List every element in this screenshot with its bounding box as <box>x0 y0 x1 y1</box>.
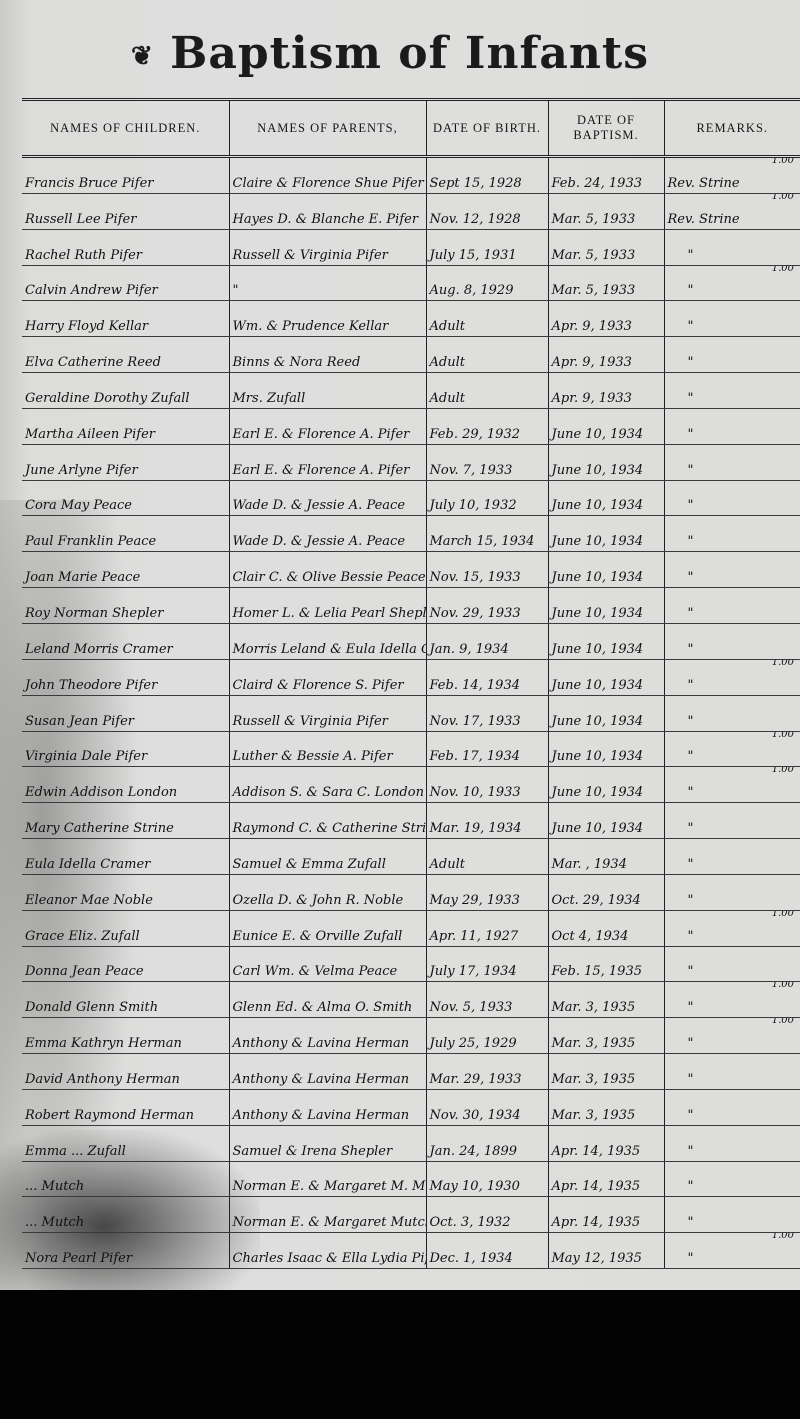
table-row: Donald Glenn SmithGlenn Ed. & Alma O. Sm… <box>22 982 800 1018</box>
parents-name-cell: Norman E. & Margaret M. Mutch <box>229 1161 426 1197</box>
remarks-text: " <box>668 964 694 979</box>
fee-amount: 1.00 <box>772 265 794 278</box>
remarks-text: " <box>668 355 694 370</box>
table-row: Martha Aileen PiferEarl E. & Florence A.… <box>22 408 800 444</box>
child-name-text: Elva Catherine Reed <box>25 355 161 370</box>
birth-date-cell: Nov. 29, 1933 <box>426 588 548 624</box>
child-name-cell: Paul Franklin Peace <box>22 516 229 552</box>
birth-date-text: Nov. 17, 1933 <box>430 714 521 729</box>
fee-amount: 1.00 <box>772 659 794 672</box>
parents-name-cell: Norman E. & Margaret Mutch <box>229 1197 426 1233</box>
birth-date-text: Adult <box>430 355 465 370</box>
remarks-text: " <box>668 1144 694 1159</box>
baptism-date-text: Mar. 5, 1933 <box>552 248 636 263</box>
baptism-date-cell: Feb. 15, 1935 <box>548 946 664 982</box>
child-name-text: Joan Marie Peace <box>25 570 140 585</box>
remarks-cell: "1.00 <box>664 910 800 946</box>
remarks-text: " <box>668 283 694 298</box>
remarks-text: " <box>668 570 694 585</box>
child-name-text: Emma ... Zufall <box>25 1144 126 1159</box>
baptism-date-text: Mar. 3, 1935 <box>552 1000 636 1015</box>
baptism-date-text: Mar. 3, 1935 <box>552 1108 636 1123</box>
baptism-date-text: Mar. 3, 1935 <box>552 1036 636 1051</box>
birth-date-cell: Mar. 19, 1934 <box>426 803 548 839</box>
remarks-text: " <box>668 463 694 478</box>
table-row: Leland Morris CramerMorris Leland & Eula… <box>22 623 800 659</box>
birth-date-text: Adult <box>430 319 465 334</box>
baptism-date-text: Mar. 3, 1935 <box>552 1072 636 1087</box>
birth-date-cell: Jan. 24, 1899 <box>426 1125 548 1161</box>
remarks-text: " <box>668 391 694 406</box>
parents-name-text: Wm. & Prudence Kellar <box>233 319 389 334</box>
child-name-cell: Russell Lee Pifer <box>22 193 229 229</box>
table-row: Donna Jean PeaceCarl Wm. & Velma PeaceJu… <box>22 946 800 982</box>
fee-amount: 1.00 <box>772 1018 794 1031</box>
baptism-date-cell: June 10, 1934 <box>548 767 664 803</box>
baptism-date-text: Apr. 14, 1935 <box>552 1179 641 1194</box>
remarks-text: " <box>668 857 694 872</box>
birth-date-text: Nov. 10, 1933 <box>430 785 521 800</box>
child-name-text: June Arlyne Pifer <box>25 463 138 478</box>
table-row: June Arlyne PiferEarl E. & Florence A. P… <box>22 444 800 480</box>
birth-date-text: July 17, 1934 <box>430 964 517 979</box>
baptism-date-cell: June 10, 1934 <box>548 803 664 839</box>
remarks-text: " <box>668 1215 694 1230</box>
child-name-text: Leland Morris Cramer <box>25 642 173 657</box>
baptism-date-cell: June 10, 1934 <box>548 480 664 516</box>
parents-name-cell: Hayes D. & Blanche E. Pifer <box>229 193 426 229</box>
baptism-date-cell: June 10, 1934 <box>548 516 664 552</box>
remarks-cell: " <box>664 803 800 839</box>
remarks-text: " <box>668 1036 694 1051</box>
birth-date-cell: Aug. 8, 1929 <box>426 265 548 301</box>
child-name-cell: Grace Eliz. Zufall <box>22 910 229 946</box>
baptism-date-cell: Mar. 3, 1935 <box>548 1089 664 1125</box>
child-name-text: Emma Kathryn Herman <box>25 1036 182 1051</box>
parents-name-cell: Addison S. & Sara C. London <box>229 767 426 803</box>
baptism-date-cell: June 10, 1934 <box>548 588 664 624</box>
parents-name-text: Anthony & Lavina Herman <box>233 1072 410 1087</box>
parents-name-text: Eunice E. & Orville Zufall <box>233 929 403 944</box>
parents-name-text: Clair C. & Olive Bessie Peace <box>233 570 426 585</box>
child-name-text: Calvin Andrew Pifer <box>25 283 158 298</box>
baptism-date-cell: Oct. 29, 1934 <box>548 874 664 910</box>
fee-amount: 1.00 <box>772 157 794 171</box>
remarks-cell: " <box>664 337 800 373</box>
birth-date-cell: July 17, 1934 <box>426 946 548 982</box>
parents-name-cell: Luther & Bessie A. Pifer <box>229 731 426 767</box>
parents-name-text: Samuel & Emma Zufall <box>233 857 386 872</box>
remarks-cell: " <box>664 1089 800 1125</box>
remarks-cell: "1.00 <box>664 1233 800 1269</box>
baptism-date-cell: June 10, 1934 <box>548 731 664 767</box>
child-name-cell: Eula Idella Cramer <box>22 839 229 875</box>
baptism-date-text: June 10, 1934 <box>552 498 644 513</box>
birth-date-text: May 10, 1930 <box>430 1179 520 1194</box>
birth-date-cell: July 10, 1932 <box>426 480 548 516</box>
remarks-text: " <box>668 534 694 549</box>
birth-date-cell: Nov. 12, 1928 <box>426 193 548 229</box>
birth-date-cell: Adult <box>426 373 548 409</box>
parents-name-cell: Anthony & Lavina Herman <box>229 1054 426 1090</box>
table-row: ... MutchNorman E. & Margaret MutchOct. … <box>22 1197 800 1233</box>
birth-date-text: Adult <box>430 391 465 406</box>
birth-date-text: Mar. 19, 1934 <box>430 821 522 836</box>
parents-name-text: Claird & Florence S. Pifer <box>233 678 404 693</box>
parents-name-text: Anthony & Lavina Herman <box>233 1036 410 1051</box>
parents-name-text: Raymond C. & Catherine Strine <box>233 821 427 836</box>
baptism-date-cell: Mar. 3, 1935 <box>548 1018 664 1054</box>
table-row: Russell Lee PiferHayes D. & Blanche E. P… <box>22 193 800 229</box>
birth-date-cell: Adult <box>426 301 548 337</box>
table-row: Cora May PeaceWade D. & Jessie A. PeaceJ… <box>22 480 800 516</box>
baptism-date-text: Apr. 9, 1933 <box>552 319 632 334</box>
birth-date-text: Feb. 29, 1932 <box>430 427 520 442</box>
baptism-date-text: Oct 4, 1934 <box>552 929 629 944</box>
child-name-cell: Eleanor Mae Noble <box>22 874 229 910</box>
child-name-text: Francis Bruce Pifer <box>25 176 153 191</box>
birth-date-text: March 15, 1934 <box>430 534 535 549</box>
table-row: Francis Bruce PiferClaire & Florence Shu… <box>22 157 800 194</box>
table-row: Paul Franklin PeaceWade D. & Jessie A. P… <box>22 516 800 552</box>
fee-amount: 1.00 <box>772 731 794 744</box>
child-name-cell: Calvin Andrew Pifer <box>22 265 229 301</box>
child-name-text: David Anthony Herman <box>25 1072 180 1087</box>
remarks-text: " <box>668 929 694 944</box>
remarks-cell: Rev. Strine1.00 <box>664 193 800 229</box>
table-row: Eleanor Mae NobleOzella D. & John R. Nob… <box>22 874 800 910</box>
baptism-date-text: Feb. 15, 1935 <box>552 964 642 979</box>
remarks-cell: " <box>664 695 800 731</box>
remarks-cell: "1.00 <box>664 659 800 695</box>
fee-amount: 1.00 <box>772 1233 794 1246</box>
column-header-children: Names of Children. <box>22 100 229 157</box>
baptism-date-text: June 10, 1934 <box>552 678 644 693</box>
remarks-text: " <box>668 1108 694 1123</box>
parents-name-cell: Raymond C. & Catherine Strine <box>229 803 426 839</box>
child-name-text: Mary Catherine Strine <box>25 821 174 836</box>
table-row: Elva Catherine ReedBinns & Nora ReedAdul… <box>22 337 800 373</box>
parents-name-text: Morris Leland & Eula Idella Cramer <box>233 642 427 657</box>
baptism-date-text: June 10, 1934 <box>552 606 644 621</box>
baptism-date-cell: Mar. 5, 1933 <box>548 265 664 301</box>
remarks-cell: " <box>664 623 800 659</box>
birth-date-text: July 15, 1931 <box>430 248 517 263</box>
baptism-date-text: Mar. 5, 1933 <box>552 283 636 298</box>
baptism-date-text: June 10, 1934 <box>552 427 644 442</box>
baptism-date-text: June 10, 1934 <box>552 463 644 478</box>
child-name-cell: Donna Jean Peace <box>22 946 229 982</box>
child-name-cell: David Anthony Herman <box>22 1054 229 1090</box>
baptism-date-cell: Mar. , 1934 <box>548 839 664 875</box>
birth-date-text: May 29, 1933 <box>430 893 520 908</box>
table-row: Virginia Dale PiferLuther & Bessie A. Pi… <box>22 731 800 767</box>
remarks-text: " <box>668 248 694 263</box>
birth-date-text: Nov. 7, 1933 <box>430 463 513 478</box>
baptism-date-text: June 10, 1934 <box>552 642 644 657</box>
baptism-date-cell: June 10, 1934 <box>548 659 664 695</box>
parents-name-cell: Wade D. & Jessie A. Peace <box>229 516 426 552</box>
birth-date-text: Aug. 8, 1929 <box>430 283 514 298</box>
birth-date-text: Jan. 9, 1934 <box>430 642 509 657</box>
remarks-cell: "1.00 <box>664 1018 800 1054</box>
parents-name-cell: Samuel & Emma Zufall <box>229 839 426 875</box>
table-row: John Theodore PiferClaird & Florence S. … <box>22 659 800 695</box>
child-name-text: John Theodore Pifer <box>25 678 157 693</box>
baptism-date-cell: Mar. 5, 1933 <box>548 229 664 265</box>
child-name-cell: Susan Jean Pifer <box>22 695 229 731</box>
remarks-text: Rev. Strine <box>668 176 740 191</box>
parents-name-cell: Russell & Virginia Pifer <box>229 229 426 265</box>
baptism-date-cell: June 10, 1934 <box>548 444 664 480</box>
parents-name-text: Earl E. & Florence A. Pifer <box>233 427 410 442</box>
child-name-text: Cora May Peace <box>25 498 132 513</box>
remarks-text: " <box>668 1072 694 1087</box>
remarks-cell: "1.00 <box>664 982 800 1018</box>
birth-date-cell: Dec. 1, 1934 <box>426 1233 548 1269</box>
birth-date-cell: Mar. 29, 1933 <box>426 1054 548 1090</box>
birth-date-cell: Feb. 17, 1934 <box>426 731 548 767</box>
birth-date-cell: Oct. 3, 1932 <box>426 1197 548 1233</box>
parents-name-text: Wade D. & Jessie A. Peace <box>233 498 406 513</box>
baptism-date-text: June 10, 1934 <box>552 785 644 800</box>
register-page: ❦ Baptism of Infants Names of Children. … <box>0 0 800 1290</box>
table-row: Edwin Addison LondonAddison S. & Sara C.… <box>22 767 800 803</box>
baptism-date-text: Oct. 29, 1934 <box>552 893 641 908</box>
birth-date-text: Adult <box>430 857 465 872</box>
remarks-text: " <box>668 1000 694 1015</box>
baptism-date-cell: Mar. 5, 1933 <box>548 193 664 229</box>
table-row: Robert Raymond HermanAnthony & Lavina He… <box>22 1089 800 1125</box>
child-name-text: Susan Jean Pifer <box>25 714 134 729</box>
parents-name-text: Samuel & Irena Shepler <box>233 1144 393 1159</box>
remarks-cell: " <box>664 408 800 444</box>
parents-name-text: Carl Wm. & Velma Peace <box>233 964 398 979</box>
birth-date-cell: Jan. 9, 1934 <box>426 623 548 659</box>
birth-date-cell: May 10, 1930 <box>426 1161 548 1197</box>
child-name-cell: ... Mutch <box>22 1197 229 1233</box>
remarks-text: " <box>668 785 694 800</box>
baptism-date-cell: June 10, 1934 <box>548 695 664 731</box>
table-row: Susan Jean PiferRussell & Virginia Pifer… <box>22 695 800 731</box>
table-row: ... MutchNorman E. & Margaret M. MutchMa… <box>22 1161 800 1197</box>
remarks-text: " <box>668 678 694 693</box>
baptism-date-cell: Feb. 24, 1933 <box>548 157 664 194</box>
birth-date-text: Nov. 12, 1928 <box>430 212 521 227</box>
parents-name-cell: Wm. & Prudence Kellar <box>229 301 426 337</box>
parents-name-text: Russell & Virginia Pifer <box>233 714 388 729</box>
parents-name-cell: Morris Leland & Eula Idella Cramer <box>229 623 426 659</box>
birth-date-cell: Nov. 5, 1933 <box>426 982 548 1018</box>
remarks-cell: " <box>664 516 800 552</box>
child-name-text: Virginia Dale Pifer <box>25 749 147 764</box>
birth-date-cell: Feb. 14, 1934 <box>426 659 548 695</box>
child-name-cell: Robert Raymond Herman <box>22 1089 229 1125</box>
remarks-cell: Rev. Strine1.00 <box>664 157 800 194</box>
remarks-cell: " <box>664 373 800 409</box>
birth-date-text: Nov. 15, 1933 <box>430 570 521 585</box>
parents-name-text: Russell & Virginia Pifer <box>233 248 388 263</box>
baptism-date-cell: June 10, 1934 <box>548 552 664 588</box>
baptism-date-text: June 10, 1934 <box>552 570 644 585</box>
parents-name-text: Wade D. & Jessie A. Peace <box>233 534 406 549</box>
child-name-cell: John Theodore Pifer <box>22 659 229 695</box>
child-name-cell: Cora May Peace <box>22 480 229 516</box>
birth-date-cell: Feb. 29, 1932 <box>426 408 548 444</box>
fee-amount: 1.00 <box>772 193 794 206</box>
parents-name-cell: Russell & Virginia Pifer <box>229 695 426 731</box>
baptism-date-text: Mar. 5, 1933 <box>552 212 636 227</box>
baptism-date-text: Apr. 9, 1933 <box>552 355 632 370</box>
baptism-date-cell: Apr. 14, 1935 <box>548 1125 664 1161</box>
child-name-text: Donald Glenn Smith <box>25 1000 158 1015</box>
child-name-text: Donna Jean Peace <box>25 964 144 979</box>
parents-name-cell: Mrs. Zufall <box>229 373 426 409</box>
remarks-text: " <box>668 714 694 729</box>
birth-date-text: Feb. 14, 1934 <box>430 678 520 693</box>
remarks-cell: " <box>664 552 800 588</box>
child-name-cell: Emma ... Zufall <box>22 1125 229 1161</box>
birth-date-text: Feb. 17, 1934 <box>430 749 520 764</box>
parents-name-cell: Claire & Florence Shue Pifer <box>229 157 426 194</box>
remarks-text: " <box>668 1251 694 1266</box>
remarks-cell: "1.00 <box>664 731 800 767</box>
birth-date-cell: Nov. 15, 1933 <box>426 552 548 588</box>
flourish-icon: ❦ <box>131 42 154 72</box>
parents-name-text: Addison S. & Sara C. London <box>233 785 424 800</box>
parents-name-text: Earl E. & Florence A. Pifer <box>233 463 410 478</box>
parents-name-text: Hayes D. & Blanche E. Pifer <box>233 212 419 227</box>
child-name-cell: Emma Kathryn Herman <box>22 1018 229 1054</box>
child-name-text: ... Mutch <box>25 1179 84 1194</box>
remarks-cell: " <box>664 946 800 982</box>
baptism-date-cell: Mar. 3, 1935 <box>548 1054 664 1090</box>
baptism-register-table: Names of Children. Names of Parents, Dat… <box>22 98 800 1269</box>
parents-name-text: Norman E. & Margaret M. Mutch <box>233 1179 427 1194</box>
birth-date-text: Sept 15, 1928 <box>430 176 522 191</box>
parents-name-cell: Wade D. & Jessie A. Peace <box>229 480 426 516</box>
parents-name-cell: Earl E. & Florence A. Pifer <box>229 408 426 444</box>
baptism-date-text: Apr. 14, 1935 <box>552 1144 641 1159</box>
birth-date-cell: Sept 15, 1928 <box>426 157 548 194</box>
birth-date-cell: Nov. 10, 1933 <box>426 767 548 803</box>
birth-date-cell: May 29, 1933 <box>426 874 548 910</box>
parents-name-text: Norman E. & Margaret Mutch <box>233 1215 427 1230</box>
birth-date-text: Jan. 24, 1899 <box>430 1144 518 1159</box>
birth-date-text: Dec. 1, 1934 <box>430 1251 513 1266</box>
parents-name-text: Glenn Ed. & Alma O. Smith <box>233 1000 413 1015</box>
parents-name-text: Claire & Florence Shue Pifer <box>233 176 424 191</box>
child-name-cell: Martha Aileen Pifer <box>22 408 229 444</box>
table-row: Calvin Andrew Pifer"Aug. 8, 1929Mar. 5, … <box>22 265 800 301</box>
child-name-text: Rachel Ruth Pifer <box>25 248 142 263</box>
remarks-cell: " <box>664 444 800 480</box>
remarks-text: " <box>668 893 694 908</box>
remarks-cell: " <box>664 229 800 265</box>
baptism-date-cell: Apr. 9, 1933 <box>548 373 664 409</box>
child-name-text: Eleanor Mae Noble <box>25 893 153 908</box>
remarks-cell: " <box>664 480 800 516</box>
remarks-cell: " <box>664 301 800 337</box>
child-name-cell: June Arlyne Pifer <box>22 444 229 480</box>
table-row: Nora Pearl PiferCharles Isaac & Ella Lyd… <box>22 1233 800 1269</box>
parents-name-cell: Anthony & Lavina Herman <box>229 1089 426 1125</box>
birth-date-text: Nov. 30, 1934 <box>430 1108 521 1123</box>
remarks-cell: " <box>664 1125 800 1161</box>
baptism-date-cell: June 10, 1934 <box>548 623 664 659</box>
baptism-date-cell: Apr. 14, 1935 <box>548 1197 664 1233</box>
birth-date-text: July 10, 1932 <box>430 498 517 513</box>
birth-date-cell: July 15, 1931 <box>426 229 548 265</box>
birth-date-cell: Adult <box>426 337 548 373</box>
baptism-date-cell: Apr. 14, 1935 <box>548 1161 664 1197</box>
table-row: David Anthony HermanAnthony & Lavina Her… <box>22 1054 800 1090</box>
baptism-date-text: Mar. , 1934 <box>552 857 627 872</box>
parents-name-text: Ozella D. & John R. Noble <box>233 893 404 908</box>
column-header-remarks: Remarks. <box>664 100 800 157</box>
birth-date-cell: Nov. 7, 1933 <box>426 444 548 480</box>
remarks-cell: " <box>664 874 800 910</box>
table-row: Rachel Ruth PiferRussell & Virginia Pife… <box>22 229 800 265</box>
child-name-cell: Rachel Ruth Pifer <box>22 229 229 265</box>
baptism-date-text: June 10, 1934 <box>552 821 644 836</box>
parents-name-cell: Eunice E. & Orville Zufall <box>229 910 426 946</box>
table-row: Emma ... ZufallSamuel & Irena SheplerJan… <box>22 1125 800 1161</box>
parents-name-text: Binns & Nora Reed <box>233 355 361 370</box>
parents-name-cell: Clair C. & Olive Bessie Peace <box>229 552 426 588</box>
column-header-baptism-date: Date of Baptism. <box>548 100 664 157</box>
baptism-date-cell: Oct 4, 1934 <box>548 910 664 946</box>
baptism-date-cell: Mar. 3, 1935 <box>548 982 664 1018</box>
table-row: Grace Eliz. ZufallEunice E. & Orville Zu… <box>22 910 800 946</box>
child-name-cell: Joan Marie Peace <box>22 552 229 588</box>
parents-name-text: Anthony & Lavina Herman <box>233 1108 410 1123</box>
baptism-date-cell: Apr. 9, 1933 <box>548 301 664 337</box>
birth-date-text: Apr. 11, 1927 <box>430 929 519 944</box>
parents-name-cell: Ozella D. & John R. Noble <box>229 874 426 910</box>
birth-date-text: Oct. 3, 1932 <box>430 1215 511 1230</box>
birth-date-cell: March 15, 1934 <box>426 516 548 552</box>
remarks-text: " <box>668 427 694 442</box>
remarks-text: " <box>668 642 694 657</box>
birth-date-cell: July 25, 1929 <box>426 1018 548 1054</box>
page-title-text: Baptism of Infants <box>170 28 649 79</box>
parents-name-cell: Homer L. & Lelia Pearl Shepler <box>229 588 426 624</box>
child-name-text: Roy Norman Shepler <box>25 606 163 621</box>
remarks-cell: "1.00 <box>664 767 800 803</box>
parents-name-text: Charles Isaac & Ella Lydia Pifer <box>233 1251 427 1266</box>
baptism-date-text: June 10, 1934 <box>552 534 644 549</box>
child-name-cell: Harry Floyd Kellar <box>22 301 229 337</box>
child-name-text: ... Mutch <box>25 1215 84 1230</box>
child-name-cell: Francis Bruce Pifer <box>22 157 229 194</box>
parents-name-cell: " <box>229 265 426 301</box>
remarks-text: Rev. Strine <box>668 212 740 227</box>
table-row: Mary Catherine StrineRaymond C. & Cather… <box>22 803 800 839</box>
parents-name-text: Luther & Bessie A. Pifer <box>233 749 393 764</box>
parents-name-cell: Carl Wm. & Velma Peace <box>229 946 426 982</box>
parents-name-cell: Samuel & Irena Shepler <box>229 1125 426 1161</box>
child-name-cell: ... Mutch <box>22 1161 229 1197</box>
remarks-text: " <box>668 749 694 764</box>
table-row: Harry Floyd KellarWm. & Prudence KellarA… <box>22 301 800 337</box>
child-name-text: Eula Idella Cramer <box>25 857 150 872</box>
child-name-text: Robert Raymond Herman <box>25 1108 194 1123</box>
child-name-cell: Mary Catherine Strine <box>22 803 229 839</box>
remarks-cell: " <box>664 1197 800 1233</box>
birth-date-cell: Apr. 11, 1927 <box>426 910 548 946</box>
baptism-date-text: Apr. 9, 1933 <box>552 391 632 406</box>
